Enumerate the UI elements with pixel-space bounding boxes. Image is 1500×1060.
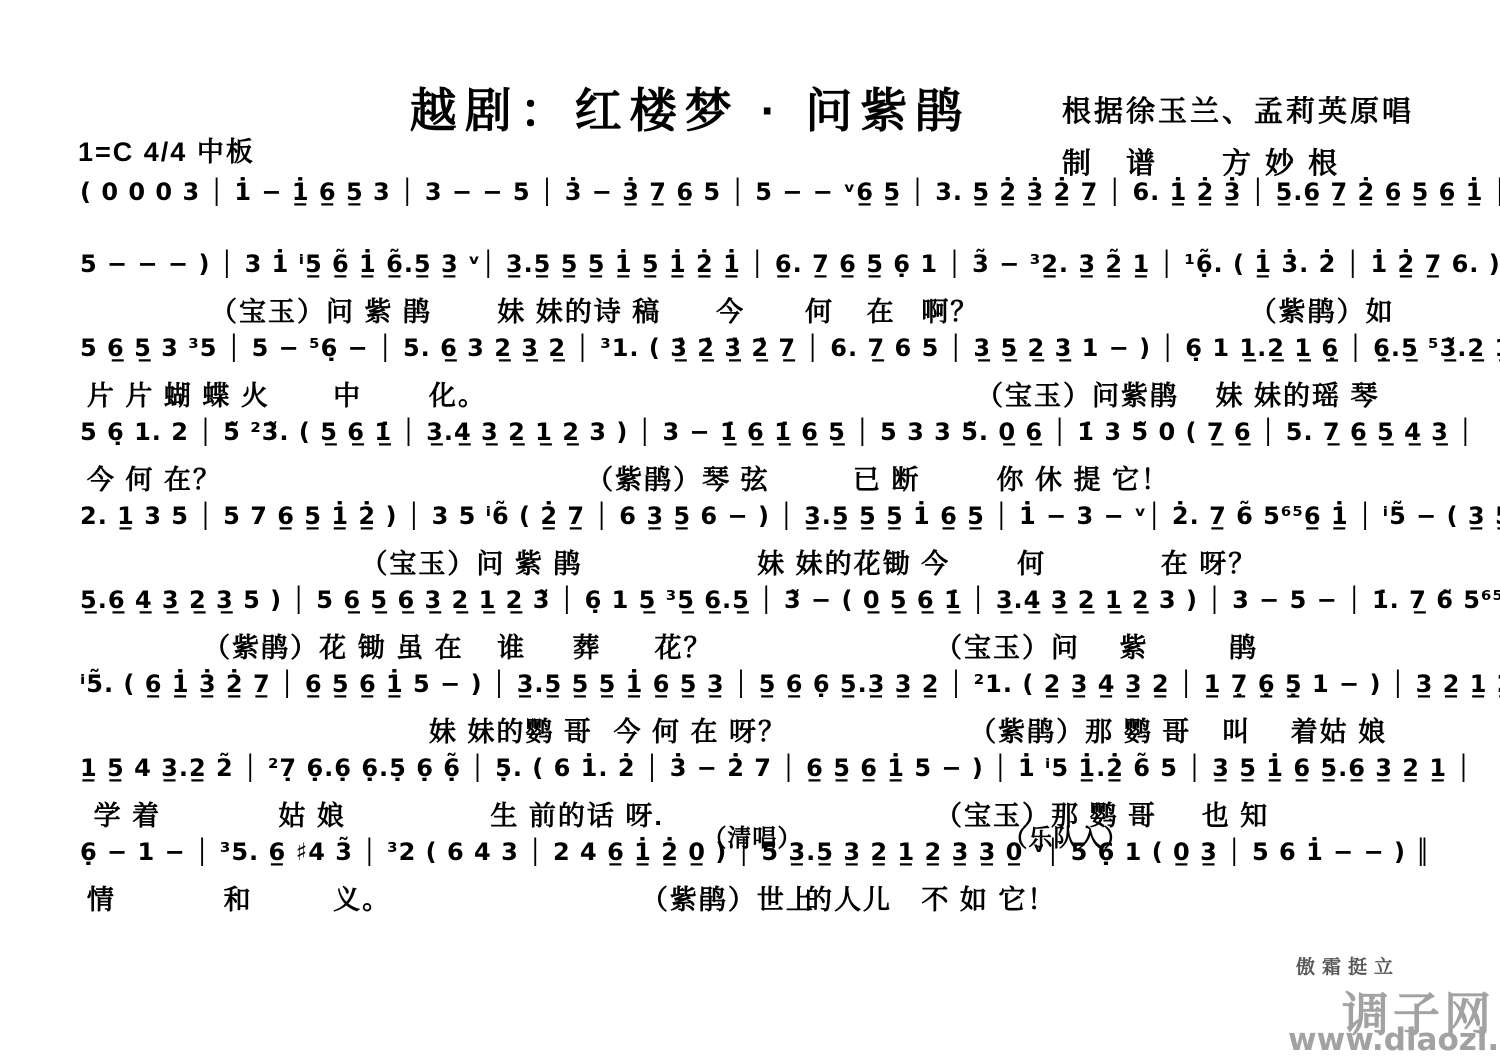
lyric-segment: 学 着: [94, 794, 162, 833]
notation-line: ( 0 0 0 3 │ 1̇ − 1̲̇ 6̲ 5̲ 3 │ 3 − − 5 │…: [80, 170, 1448, 214]
lyrics-line: 今 何 在？（紫鹃）琴 弦已 断你 休 提 它！: [80, 454, 1448, 494]
key-signature: 1=C 4/4 中板: [78, 130, 255, 169]
lyric-segment: 在: [867, 290, 896, 329]
lyric-segment: 何: [805, 290, 834, 329]
lyric-segment: 今 何 在 呀？: [614, 710, 788, 749]
lyric-segment: 已 断: [853, 458, 921, 497]
lyric-segment: （宝玉）问紫鹃: [976, 374, 1179, 413]
music-system: 5 6̲ 5̲ 3 ³5 │ 5 − ⁵6̣ − │ 5. 6̲ 3 2̲ 3̲…: [80, 326, 1448, 410]
notation-line: 1̲ 5̲ 4 3̲.2̲ 2̃ │ ²7̣ 6̣.6̣ 6̣.5̣ 6̣ 6̣…: [80, 746, 1448, 790]
lyric-segment: 紫: [1120, 626, 1149, 665]
lyric-segment: （宝玉）问: [935, 626, 1080, 665]
credit-original-singers: 根据徐玉兰、孟莉英原唱: [1062, 86, 1414, 138]
lyric-segment: 也 知: [1202, 794, 1270, 833]
lyrics-line: （宝玉）问 紫 鹃妹 妹的花锄 今何在 呀？: [80, 538, 1448, 578]
music-system: 5̲.6̲ 4̲ 3̲ 2̲ 3̲ 5 ) │ 5 6̲ 5̲ 6̲ 3̲ 2̲…: [80, 578, 1448, 662]
music-system: 2. 1̲ 3 5 │ 5 7 6̲ 5̲ 1̲̇ 2̲̇ ) │ 3 5 ⁱ6…: [80, 494, 1448, 578]
lyric-segment: 义。: [333, 878, 391, 917]
lyrics-line: （紫鹃）花 锄 虽 在谁葬花？（宝玉）问紫鹃: [80, 622, 1448, 662]
lyric-segment: 今 何 在？: [87, 458, 222, 497]
watermark-seal: 傲霜挺立: [1296, 952, 1400, 979]
lyric-segment: 鹃: [1229, 626, 1258, 665]
music-system: ( 0 0 0 3 │ 1̇ − 1̲̇ 6̲ 5̲ 3 │ 3 − − 5 │…: [80, 170, 1448, 242]
notation-line: 2. 1̲ 3 5 │ 5 7 6̲ 5̲ 1̲̇ 2̲̇ ) │ 3 5 ⁱ6…: [80, 494, 1448, 538]
lyric-segment: （紫鹃）那 鹦 哥: [969, 710, 1191, 749]
lyric-segment: 姑 娘: [278, 794, 346, 833]
notation-line: 5 6̣ 1. 2 │ 5̃ ²3̃. ( 5̲ 6̲ 1̲̇ │ 3̲.4̲ …: [80, 410, 1448, 454]
music-system: 5 − − − ) │ 3 1̇ ⁱ5̲ 6̲̃ 1̲̇ 6̲̃.5̲ 3̲ ᵛ…: [80, 242, 1448, 326]
lyric-segment: 和: [224, 878, 253, 917]
lyric-segment: （宝玉）问 紫 鹃: [360, 542, 582, 581]
lyric-segment: 你 休 提 它！: [997, 458, 1171, 497]
lyric-segment: （紫鹃）如: [1250, 290, 1395, 329]
watermark-site-url: www.diaozi.com: [1288, 1022, 1500, 1058]
lyric-segment: 叫: [1222, 710, 1251, 749]
notation-line: ⁱ5̃. ( 6̲ 1̲̇ 3̲̇ 2̲̇ 7̲ │ 6̲ 5̲ 6̲ 1̲̇ …: [80, 662, 1448, 706]
lyric-segment: 啊？: [921, 290, 979, 329]
music-system: 5 6̣ 1. 2 │ 5̃ ²3̃. ( 5̲ 6̲ 1̲̇ │ 3̲.4̲ …: [80, 410, 1448, 494]
lyrics-line: （宝玉）问 紫 鹃妹 妹的诗 稿今何在啊？（紫鹃）如: [80, 286, 1448, 326]
lyric-segment: 片 片 蝴 蝶 火: [87, 374, 270, 413]
lyric-segment: 妹 妹的诗 稿: [497, 290, 661, 329]
notation-line: 5 − − − ) │ 3 1̇ ⁱ5̲ 6̲̃ 1̲̇ 6̲̃.5̲ 3̲ ᵛ…: [80, 242, 1448, 286]
lyric-segment: 生 前的话 呀.: [490, 794, 664, 833]
lyric-segment: 花？: [655, 626, 713, 665]
lyric-segment: 谁: [497, 626, 526, 665]
lyrics-line: 情和义。（紫鹃）世上的人儿不 如 它！: [80, 874, 1448, 914]
lyric-segment: 何: [1017, 542, 1046, 581]
lyric-segment: （紫鹃）花 锄 虽 在: [203, 626, 464, 665]
lyric-segment: 今: [716, 290, 745, 329]
lyric-segment: 的人儿: [805, 878, 892, 917]
score-systems: ( 0 0 0 3 │ 1̇ − 1̲̇ 6̲ 5̲ 3 │ 3 − − 5 │…: [80, 170, 1448, 914]
lyric-segment: 妹 妹的花锄 今: [757, 542, 950, 581]
music-system: （清唱）（乐队入）6̣ − 1 − │ ³5. 6̲ ♯4 3̃ │ ³2 ( …: [80, 830, 1448, 914]
lyric-segment: 葬: [572, 626, 601, 665]
lyrics-line: 片 片 蝴 蝶 火中化。（宝玉）问紫鹃妹 妹的瑶 琴: [80, 370, 1448, 410]
lyric-segment: 化。: [429, 374, 487, 413]
page-title: 越剧：红楼梦 · 问紫鹃: [340, 74, 1040, 141]
lyric-segment: （紫鹃）世上: [641, 878, 815, 917]
lyric-segment: 妹 妹的瑶 琴: [1215, 374, 1379, 413]
lyric-segment: （紫鹃）琴 弦: [586, 458, 770, 497]
lyric-segment: （乐队入）: [1003, 818, 1128, 853]
lyric-segment: 妹 妹的鹦 哥: [429, 710, 593, 749]
lyric-segment: （宝玉）问 紫 鹃: [210, 290, 432, 329]
notation-line: 5̲.6̲ 4̲ 3̲ 2̲ 3̲ 5 ) │ 5 6̲ 5̲ 6̲ 3̲ 2̲…: [80, 578, 1448, 622]
lyric-segment: （清唱）: [702, 818, 802, 853]
notation-line: 5 6̲ 5̲ 3 ³5 │ 5 − ⁵6̣ − │ 5. 6̲ 3 2̲ 3̲…: [80, 326, 1448, 370]
lyric-segment: 中: [333, 374, 362, 413]
lyric-segment: 不 如 它！: [921, 878, 1056, 917]
sheet-music-page: 1=C 4/4 中板 越剧：红楼梦 · 问紫鹃 根据徐玉兰、孟莉英原唱 制 谱 …: [0, 0, 1500, 1060]
lyric-segment: 在 呀？: [1161, 542, 1258, 581]
music-system: ⁱ5̃. ( 6̲ 1̲̇ 3̲̇ 2̲̇ 7̲ │ 6̲ 5̲ 6̲ 1̲̇ …: [80, 662, 1448, 746]
lyrics-line: 妹 妹的鹦 哥今 何 在 呀？（紫鹃）那 鹦 哥叫着姑 娘: [80, 706, 1448, 746]
lyric-segment: 着姑 娘: [1291, 710, 1388, 749]
lyric-segment: 情: [87, 878, 116, 917]
